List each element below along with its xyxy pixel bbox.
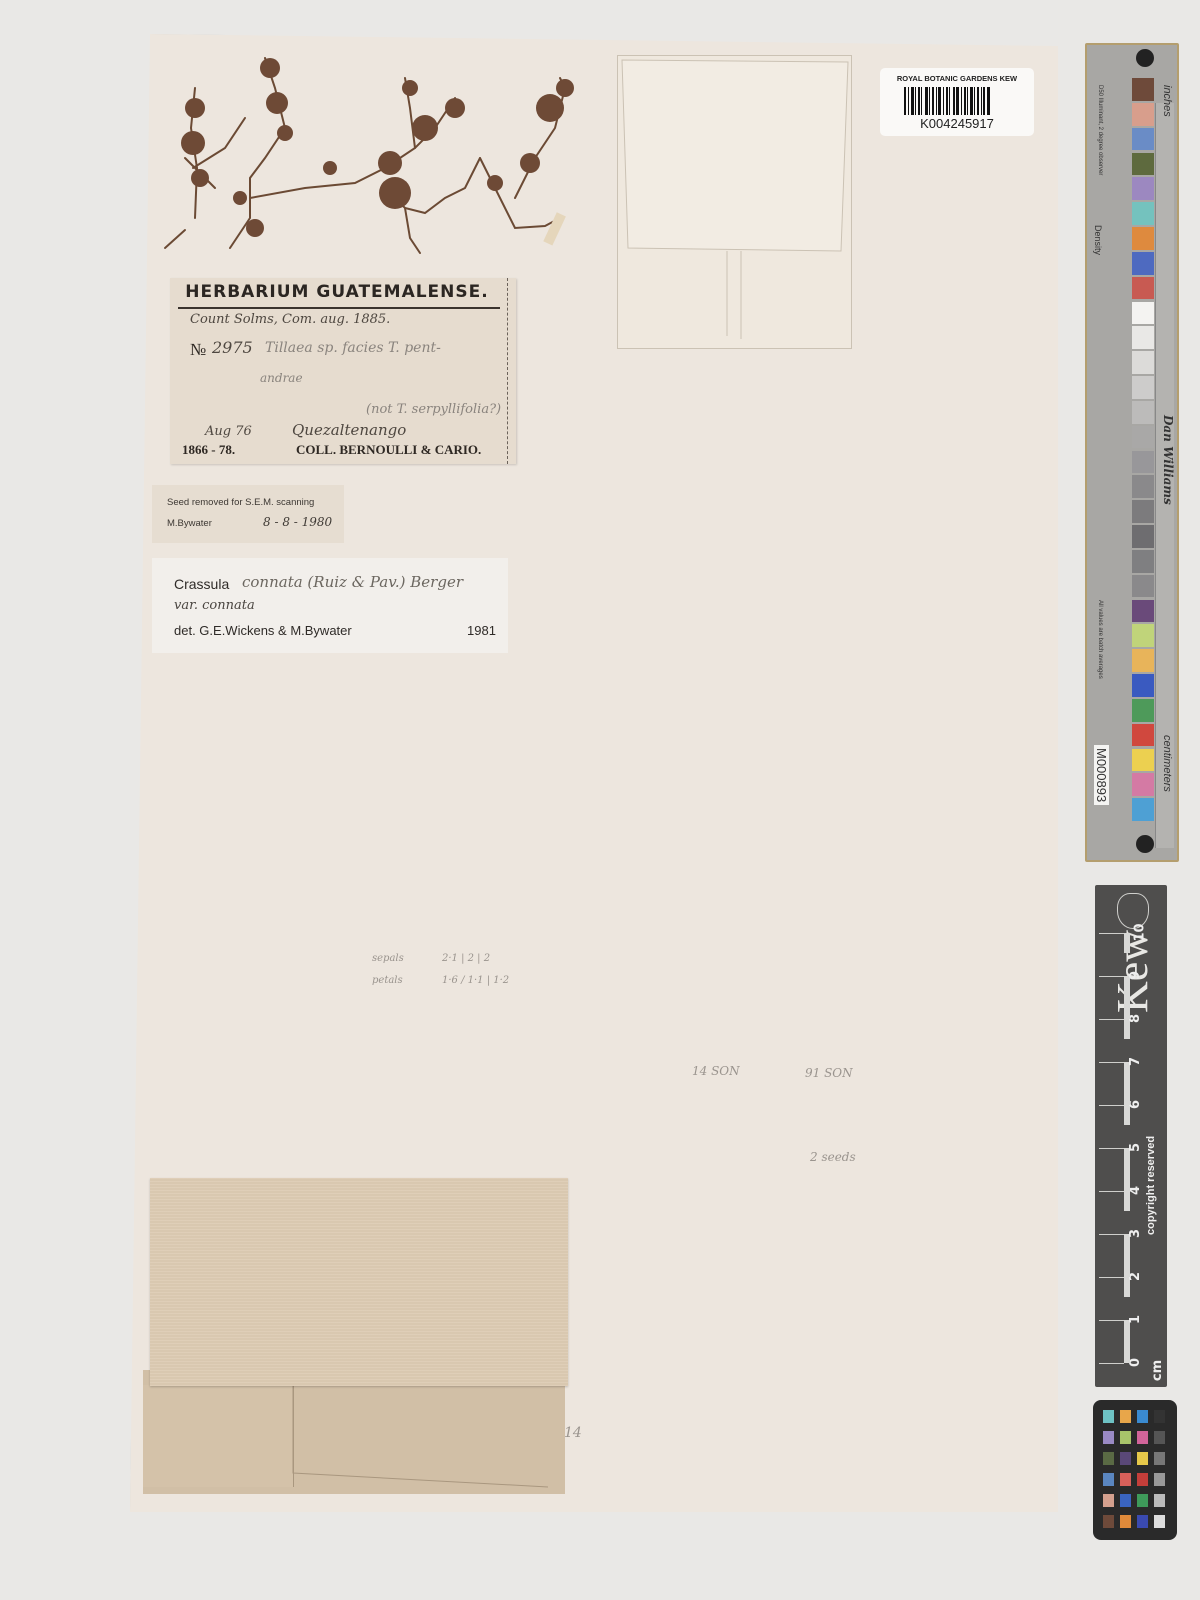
color-patch	[1132, 749, 1154, 772]
checker-patch	[1120, 1452, 1131, 1465]
inches-label: inches	[1161, 85, 1173, 117]
color-patch	[1132, 575, 1154, 598]
taxon-line: Tillaea sp. facies T. pent-	[265, 340, 441, 356]
seed-name: M.Bywater	[167, 518, 212, 529]
seed-envelope[interactable]	[150, 1178, 568, 1386]
scale-tick	[1099, 1363, 1124, 1364]
checker-patch	[1154, 1410, 1165, 1423]
scale-tick	[1099, 933, 1124, 934]
ruler-hole-icon	[1136, 49, 1154, 67]
centimeters-label: centimeters	[1161, 735, 1173, 792]
scale-segment	[1124, 1234, 1130, 1277]
checker-patch	[1137, 1494, 1148, 1507]
checker-patch	[1120, 1410, 1131, 1423]
determination-label: Crassula connata (Ruiz & Pav.) Berger va…	[152, 558, 508, 653]
years: 1866 - 78.	[182, 442, 235, 458]
color-patch	[1132, 773, 1154, 796]
checker-patch	[1154, 1494, 1165, 1507]
checker-patch	[1154, 1473, 1165, 1486]
scale-tick-label: 6	[1128, 1100, 1143, 1109]
color-patch	[1132, 202, 1154, 225]
title-rule	[178, 307, 500, 309]
collector-line: Count Solms, Com. aug. 1885.	[190, 312, 390, 327]
color-patch	[1132, 227, 1154, 250]
color-patch	[1132, 649, 1154, 672]
variety: var. connata	[174, 598, 255, 613]
scale-segment	[1124, 933, 1130, 953]
checker-patch	[1103, 1473, 1114, 1486]
color-patch	[1132, 600, 1154, 623]
ruler-hole-icon	[1136, 835, 1154, 853]
scale-tick	[1099, 1148, 1124, 1149]
color-patch	[1132, 326, 1154, 349]
specimen-number: 2975	[212, 338, 253, 357]
herbarium-title: HERBARIUM GUATEMALENSE.	[170, 282, 504, 302]
checker-patch	[1103, 1452, 1114, 1465]
color-patch	[1132, 550, 1154, 573]
det-year: 1981	[467, 623, 496, 638]
checker-patch	[1120, 1473, 1131, 1486]
determiner: det. G.E.Wickens & M.Bywater	[174, 623, 352, 638]
color-patch	[1132, 302, 1154, 325]
collectors: COLL. BERNOULLI & CARIO.	[296, 442, 481, 458]
packet-fold-lines	[618, 56, 851, 348]
scale-tick-label: 5	[1128, 1143, 1143, 1152]
barcode-number: K004245917	[880, 116, 1034, 131]
scale-tick-label: 4	[1128, 1186, 1143, 1195]
color-patch	[1132, 153, 1154, 176]
values-note: All values are batch averages	[1097, 600, 1103, 679]
scale-tick	[1099, 1234, 1124, 1235]
checker-patch	[1154, 1515, 1165, 1528]
scale-tick-label: 8	[1128, 1014, 1143, 1023]
petals-label: petals	[372, 975, 403, 986]
color-patch	[1132, 177, 1154, 200]
scale-tick-label: 2	[1128, 1272, 1143, 1281]
unit-label: cm	[1150, 1360, 1165, 1381]
copyright: copyright reserved	[1145, 1136, 1157, 1235]
density-label: Density	[1093, 225, 1103, 255]
color-patch	[1132, 724, 1154, 747]
color-patch	[1132, 674, 1154, 697]
color-patch	[1132, 699, 1154, 722]
herbarium-label: HERBARIUM GUATEMALENSE. Count Solms, Com…	[170, 278, 516, 464]
color-patch	[1132, 451, 1154, 474]
color-patch	[1132, 500, 1154, 523]
seed-count: 2 seeds	[810, 1150, 856, 1164]
specimen-packet[interactable]	[617, 55, 852, 349]
checker-patch	[1137, 1431, 1148, 1444]
illuminant-note: D50 Illuminant, 2 degree observer	[1097, 85, 1103, 175]
color-calibration-ruler: inches centimeters D50 Illuminant, 2 deg…	[1085, 43, 1179, 862]
seed-date: 8 - 8 - 1980	[263, 515, 332, 529]
petals-values: 1·6 / 1·1 | 1·2	[442, 975, 509, 986]
maker-label: Dan Williams	[1161, 415, 1175, 505]
color-patch	[1132, 252, 1154, 275]
number-prefix: №	[190, 340, 206, 360]
scale-tick-label: 7	[1128, 1057, 1143, 1066]
color-patch	[1132, 525, 1154, 548]
color-patch	[1132, 78, 1154, 101]
color-patch	[1132, 426, 1154, 449]
barcode-institution: ROYAL BOTANIC GARDENS KEW	[880, 74, 1034, 83]
color-patch	[1132, 475, 1154, 498]
scale-tick	[1099, 1062, 1124, 1063]
scale-tick-label: 10	[1133, 923, 1148, 941]
seed-note: Seed removed for S.E.M. scanning	[167, 497, 314, 508]
checker-patch	[1103, 1410, 1114, 1423]
kew-scale-bar: Kew copyright reserved 012345678910cm	[1095, 885, 1167, 1387]
taxon-line-2: andrae	[260, 371, 303, 385]
scale-tick	[1099, 1019, 1124, 1020]
epithet: connata (Ruiz & Pav.) Berger	[242, 573, 463, 591]
checker-patch	[1154, 1452, 1165, 1465]
collection-date: Aug 76	[205, 424, 252, 439]
checker-patch	[1137, 1410, 1148, 1423]
sepals-label: sepals	[372, 953, 404, 964]
scale-segment	[1124, 1148, 1130, 1191]
locality: Quezaltenango	[292, 421, 406, 439]
ruler-id: M000893	[1094, 745, 1109, 805]
color-patch	[1132, 376, 1154, 399]
checker-patch	[1137, 1515, 1148, 1528]
checker-patch	[1120, 1494, 1131, 1507]
scale-segment	[1124, 976, 1130, 1019]
checker-patch	[1154, 1431, 1165, 1444]
checker-patch	[1103, 1431, 1114, 1444]
scale-tick-label: 3	[1128, 1229, 1143, 1238]
scale-tick	[1099, 1105, 1124, 1106]
color-patch	[1132, 277, 1154, 300]
barcode-label: ROYAL BOTANIC GARDENS KEW K004245917	[880, 68, 1034, 136]
measure-2: 91 SON	[805, 1066, 853, 1080]
checker-patch	[1120, 1515, 1131, 1528]
checker-patch	[1103, 1494, 1114, 1507]
checker-patch	[1103, 1515, 1114, 1528]
scale-segment	[1124, 1320, 1130, 1363]
color-patch	[1132, 128, 1154, 151]
plant-specimen	[155, 48, 585, 260]
checker-patch	[1120, 1431, 1131, 1444]
scale-tick-label: 9	[1128, 971, 1143, 980]
genus: Crassula	[174, 576, 229, 592]
barcode-icon	[904, 87, 1010, 115]
scale-tick	[1099, 976, 1124, 977]
color-patch	[1132, 624, 1154, 647]
checker-patch	[1137, 1452, 1148, 1465]
seed-removal-label: Seed removed for S.E.M. scanning M.Bywat…	[152, 485, 344, 543]
scale-tick-label: 1	[1128, 1315, 1143, 1324]
sepals-values: 2·1 | 2 | 2	[442, 953, 490, 964]
color-patch	[1132, 401, 1154, 424]
color-patch	[1132, 103, 1154, 126]
color-patch	[1132, 798, 1154, 821]
label-edge	[507, 278, 516, 464]
scale-tick-label: 0	[1128, 1358, 1143, 1367]
scale-tick	[1099, 1277, 1124, 1278]
measure-1: 14 SON	[692, 1064, 740, 1078]
checker-patch	[1137, 1473, 1148, 1486]
taxon-annotation: (not T. serpyllifolia?)	[366, 402, 501, 417]
scale-segment	[1124, 1062, 1130, 1105]
color-patch	[1132, 351, 1154, 374]
color-checker-card	[1093, 1400, 1177, 1540]
envelope-fold-lines	[143, 1385, 573, 1495]
scale-tick	[1099, 1320, 1124, 1321]
scale-tick	[1099, 1191, 1124, 1192]
